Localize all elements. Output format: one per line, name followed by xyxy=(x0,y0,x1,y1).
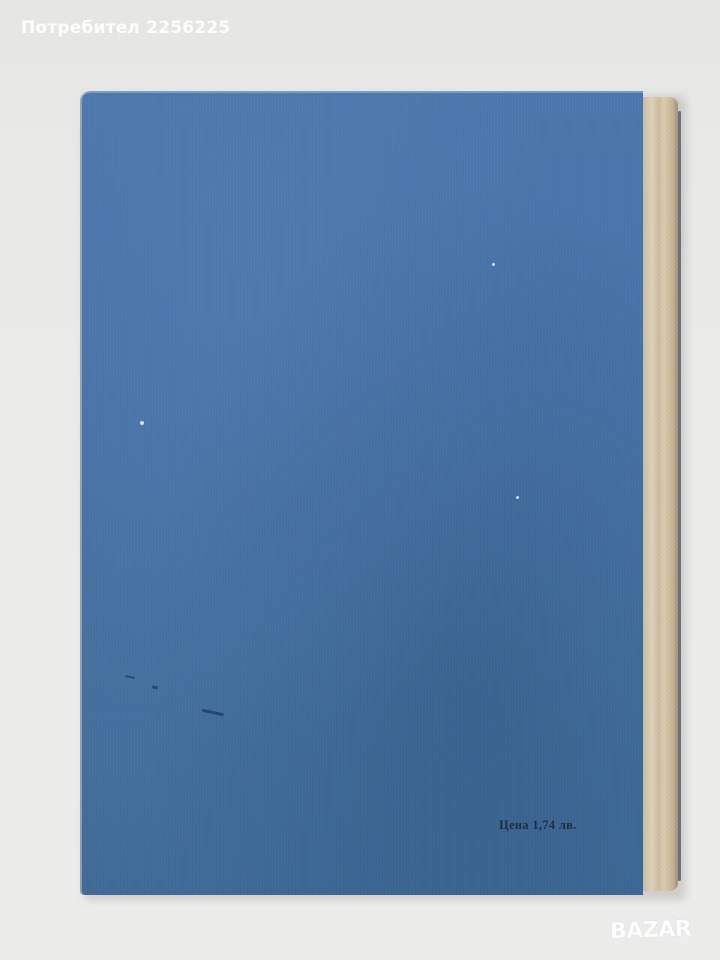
book-spine xyxy=(643,97,678,891)
cover-scuff xyxy=(152,685,158,689)
cover-speck xyxy=(492,263,495,266)
cover-speck xyxy=(140,421,144,425)
cover-speck xyxy=(516,496,519,499)
cover-scuff xyxy=(125,675,135,679)
spine-edge xyxy=(678,111,681,881)
user-watermark: Потребител 2256225 xyxy=(21,18,230,38)
bazar-logo: BAZAR xyxy=(610,917,692,945)
book-back-cover: Цена 1,74 лв. xyxy=(80,91,678,895)
blue-cloth-cover: Цена 1,74 лв. xyxy=(80,91,643,895)
price-label: Цена 1,74 лв. xyxy=(499,818,577,833)
cover-scuff xyxy=(202,709,224,717)
